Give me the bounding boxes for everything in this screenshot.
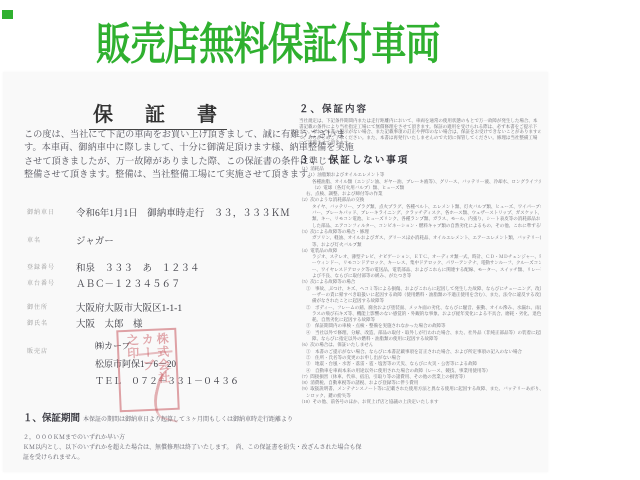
- field-value: 大阪府大阪市大阪区1-1-1: [76, 300, 182, 314]
- field-label: 御納車日: [27, 207, 55, 216]
- field-value: ジャガー: [76, 233, 114, 247]
- exclusion-line: ーウィンドー、リモコンドアロック、キーレス、集中ドアロック、パワーアンテナ、電動…: [312, 260, 541, 266]
- exclusion-line: ① 事故、ぶつけ、キズ、ヘコミ等による損傷、およびこれらに起因して発生した故障、…: [306, 286, 541, 292]
- field-label: 御住所: [27, 302, 48, 311]
- coverage-line: さい。なお、本書の提示がない場合、また記載事項の訂正や押印のない場合は、保証をお…: [299, 129, 541, 135]
- field-label: 車台番号: [27, 278, 55, 287]
- certificate-title-text: 保 証 書: [89, 104, 227, 130]
- exclusions-heading: ３． 保証しない事項: [299, 152, 409, 166]
- exclusion-line: 類、キー、リモコン電池、ヒューズリンク、各種ランプ類、ガラス、モール、内張り、シ…: [312, 216, 541, 222]
- intro-line: させて頂きましたが、万一故障がありました際、この保証書の条件に準じて、: [24, 155, 296, 168]
- field-label: 車名: [27, 235, 41, 244]
- exclusion-line: ② ボディー、フレームの錆、腐食および塗装面、メッキ面の劣化、ならびに騒音、振動…: [306, 305, 541, 311]
- exclusion-line: （9）取扱説明書、メンテナンスノート等に記載された使用方法と異なる使用に起因する…: [299, 386, 541, 392]
- intro-line: 整備させて頂きます。整備は、当社整備工場にて実施させて頂きます。: [24, 168, 296, 181]
- coverage-paragraph: 当社規定は、下記条件期間内または走行距離内において、車両を通常の使用状態のもとで…: [299, 118, 541, 146]
- field-label: 販売店: [27, 346, 48, 355]
- coverage-heading: ２、保証内容: [299, 101, 368, 115]
- green-marker: [2, 10, 13, 19]
- exclusion-line: 各種油脂、オイル類（エンジン油、ギヤー油、ブレーキ液等）、グリース、バッテリー液…: [312, 179, 541, 185]
- coverage-line: にて実施させて頂きます。: [299, 140, 541, 146]
- intro-paragraph: この度は、当社にて下記の車両をお買い上げ頂きまして、誠に有難うございます。本車両…: [24, 128, 296, 182]
- field-label: 御氏名: [27, 318, 48, 327]
- warranty-period-text: ＫＭ以内とし、以下のいずれかを超えた場合は、無償修理は終了いたします。 尚、この…: [23, 444, 299, 454]
- exclusion-line: （10）その他、前各号のほか、お買上げ店と協議の上決定いたします: [299, 399, 541, 405]
- exclusion-line: ① 本書のご提示がない場合、ならびに本書記載事項を訂正された場合、および所定事項…: [306, 349, 541, 355]
- exclusion-line: ガソリン、軽油、オイルおよびガス、グリースほか消耗品、オイルエレメント、エアーエ…: [312, 235, 541, 241]
- intro-line: この度は、当社にて下記の車両をお買い上げ頂きまして、誠に有難うございま: [24, 128, 296, 141]
- field-value: ＡＢＣ－１２３４５６７: [76, 276, 181, 290]
- warranty-period-text: 証を受けられません。: [23, 454, 299, 464]
- field-value: 令和6年1月1日 御納車時走行 ３３，３３３ＫＭ: [76, 205, 290, 219]
- exclusions-list: （1）消耗品（1）油脂類およびオイルエレメント等各種油脂、オイル類（エンジン油、…: [299, 166, 541, 405]
- screenshot-root: 販売店無料保証付車両 保 証 書 この度は、当社にて下記の車両をお買い上げ頂きま…: [0, 0, 640, 480]
- field-label: 登録番号: [27, 262, 55, 271]
- intro-line: す。本車両、御納車中に際しまして、十分に御満足頂けます様、納車整備を実施: [24, 141, 296, 154]
- field-value: 和泉 ３３３ あ １２３４: [76, 260, 200, 274]
- certificate-title: 保 証 書: [23, 98, 293, 127]
- warranty-period-section: １、保証期間本保証の期間は御納車日より起算して３ヶ月間もしくは御納車時走行距離よ…: [23, 408, 299, 463]
- coverage-line: 当社規定は、下記条件期間内または走行距離内において、車両を通常の使用状態のもとで…: [299, 118, 541, 124]
- field-value: 大阪 太郎 様: [76, 316, 143, 330]
- warranty-period-heading: １、保証期間: [23, 414, 80, 424]
- page-title: 販売店無料保証付車両: [96, 8, 440, 72]
- warranty-document: 保 証 書 この度は、当社にて下記の車両をお買い上げ頂きまして、誠に有難うござい…: [3, 72, 548, 472]
